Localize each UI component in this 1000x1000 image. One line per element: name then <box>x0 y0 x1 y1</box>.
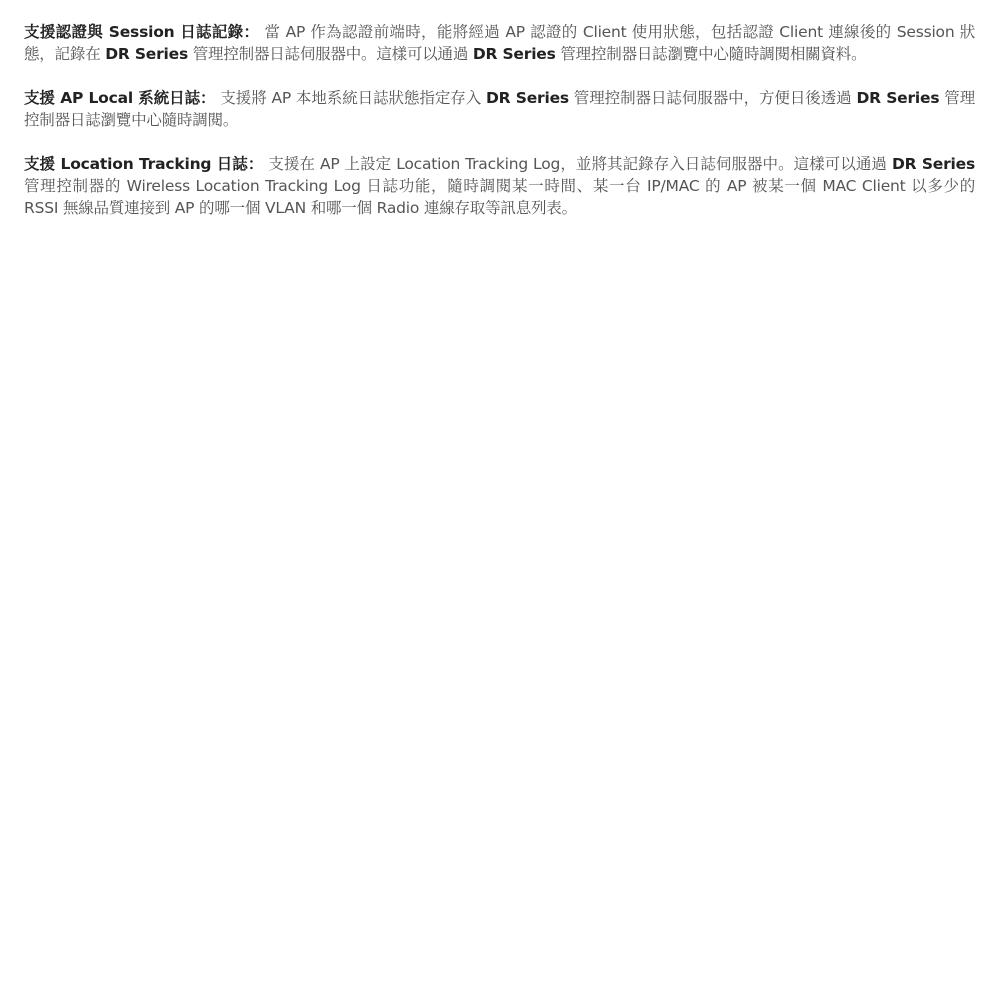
paragraph-text: 管理控制器日誌瀏覽中心隨時調閱相關資料。 <box>556 45 867 63</box>
product-name: DR Series <box>105 45 188 63</box>
product-name: DR Series <box>473 45 556 63</box>
product-name: DR Series <box>486 89 569 107</box>
document-body: 支援認證與 Session 日誌記錄： 當 AP 作為認證前端時，能將經過 AP… <box>24 21 975 241</box>
paragraph-heading: 支援 Location Tracking 日誌： <box>24 155 263 173</box>
paragraph-heading: 支援認證與 Session 日誌記錄： <box>24 23 259 41</box>
product-name: DR Series <box>892 155 975 173</box>
paragraph-session-log: 支援認證與 Session 日誌記錄： 當 AP 作為認證前端時，能將經過 AP… <box>24 21 975 65</box>
paragraph-text: 支援在 AP 上設定 Location Tracking Log，並將其記錄存入… <box>263 155 892 173</box>
paragraph-ap-local-log: 支援 AP Local 系統日誌： 支援將 AP 本地系統日誌狀態指定存入 DR… <box>24 87 975 131</box>
paragraph-text: 支援將 AP 本地系統日誌狀態指定存入 <box>215 89 486 107</box>
paragraph-text: 管理控制器日誌伺服器中。這樣可以通過 <box>188 45 473 63</box>
paragraph-location-tracking-log: 支援 Location Tracking 日誌： 支援在 AP 上設定 Loca… <box>24 153 975 219</box>
paragraph-text: 管理控制器的 Wireless Location Tracking Log 日誌… <box>24 177 975 217</box>
paragraph-text: 管理控制器日誌伺服器中，方便日後透過 <box>569 89 857 107</box>
paragraph-heading: 支援 AP Local 系統日誌： <box>24 89 215 107</box>
product-name: DR Series <box>856 89 939 107</box>
